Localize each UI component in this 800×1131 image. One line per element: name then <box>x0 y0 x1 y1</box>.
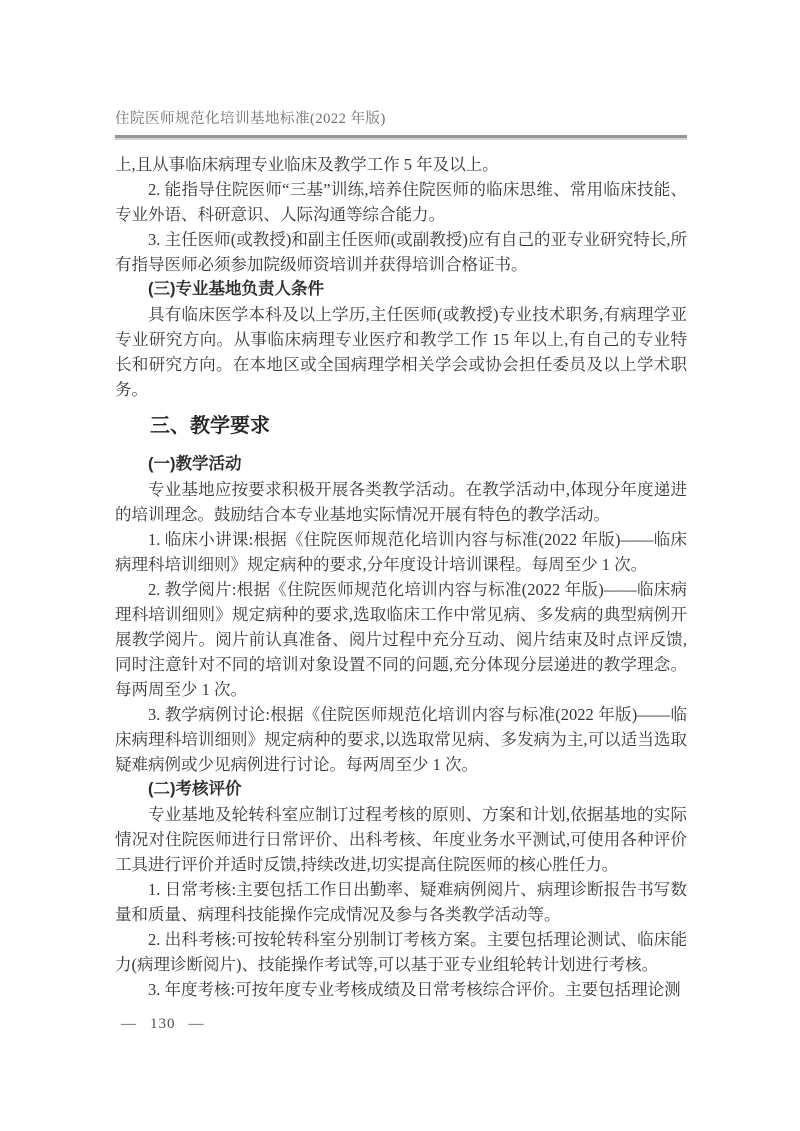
page-footer: — 130 — <box>115 1016 687 1033</box>
paragraph-leader-qualifications: 具有临床医学本科及以上学历,主任医师(或教授)专业技术职务,有病理学亚专业研究方… <box>115 302 687 402</box>
document-body: 上,且从事临床病理专业临床及教学工作 5 年及以上。 2. 能指导住院医师“三基… <box>115 152 687 1002</box>
list-item-3-chief-physician: 3. 主任医师(或教授)和副主任医师(或副教授)应有自己的亚专业研究特长,所有指… <box>115 227 687 277</box>
list-item-2-instructor-skills: 2. 能指导住院医师“三基”训练,培养住院医师的临床思维、常用临床技能、专业外语… <box>115 177 687 227</box>
running-header-title: 住院医师规范化培训基地标准(2022 年版) <box>115 110 687 128</box>
list-item-2-teaching-slide-reading: 2. 教学阅片:根据《住院医师规范化培训内容与标准(2022 年版)——临床病理… <box>115 577 687 702</box>
paragraph-teaching-activities-intro: 专业基地应按要求积极开展各类教学活动。在教学活动中,体现分年度递进的培训理念。鼓… <box>115 477 687 527</box>
page-content: 住院医师规范化培训基地标准(2022 年版) 上,且从事临床病理专业临床及教学工… <box>115 110 687 1033</box>
document-page: 住院医师规范化培训基地标准(2022 年版) 上,且从事临床病理专业临床及教学工… <box>0 0 800 1131</box>
running-header: 住院医师规范化培训基地标准(2022 年版) <box>115 110 687 140</box>
list-item-3-annual-assessment: 3. 年度考核:可按年度专业考核成绩及日常考核综合评价。主要包括理论测 <box>115 977 687 1002</box>
page-number: 130 <box>150 1016 176 1033</box>
header-rule <box>115 135 687 140</box>
list-item-1-clinical-lectures: 1. 临床小讲课:根据《住院医师规范化培训内容与标准(2022 年版)——临床病… <box>115 527 687 577</box>
subsection-heading-teaching-activities: (一)教学活动 <box>115 452 687 477</box>
subsection-heading-assessment-evaluation: (二)考核评价 <box>115 777 687 802</box>
list-item-3-case-discussion: 3. 教学病例讨论:根据《住院医师规范化培训内容与标准(2022 年版)——临床… <box>115 702 687 777</box>
list-item-2-rotation-exit-assessment: 2. 出科考核:可按轮转科室分别制订考核方案。主要包括理论测试、临床能力(病理诊… <box>115 927 687 977</box>
paragraph-continuation: 上,且从事临床病理专业临床及教学工作 5 年及以上。 <box>115 152 687 177</box>
subsection-heading-base-leader-conditions: (三)专业基地负责人条件 <box>115 277 687 302</box>
section-heading-teaching-requirements: 三、教学要求 <box>115 412 687 440</box>
footer-dash-left: — <box>121 1016 137 1033</box>
footer-dash-right: — <box>189 1016 205 1033</box>
paragraph-assessment-intro: 专业基地及轮转科室应制订过程考核的原则、方案和计划,依据基地的实际情况对住院医师… <box>115 802 687 877</box>
list-item-1-daily-assessment: 1. 日常考核:主要包括工作日出勤率、疑难病例阅片、病理诊断报告书写数量和质量、… <box>115 877 687 927</box>
